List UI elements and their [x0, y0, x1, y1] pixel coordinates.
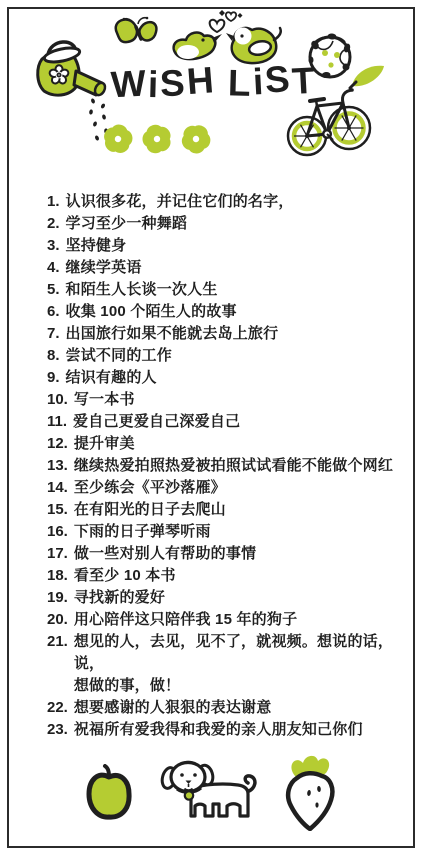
- page-title: WiSH LiST: [111, 60, 317, 106]
- item-number: 15.: [47, 499, 68, 521]
- item-text: 想要感谢的人狠狠的表达谢意: [74, 697, 272, 719]
- item-text: 学习至少一种舞蹈: [66, 213, 188, 235]
- list-item: 8.尝试不同的工作: [47, 345, 409, 367]
- list-item: 7.出国旅行如果不能就去岛上旅行: [47, 323, 409, 345]
- item-number: 11.: [47, 411, 67, 433]
- list-item: 1.认识很多花，并记住它们的名字，: [47, 191, 409, 213]
- list-item: 19.寻找新的爱好: [47, 587, 409, 609]
- puppy-icon: [158, 758, 258, 826]
- item-number: 13.: [47, 455, 68, 477]
- item-text: 看至少 10 本书: [74, 565, 176, 587]
- list-item: 17.做一些对别人有帮助的事情: [47, 543, 409, 565]
- item-number: 9.: [47, 367, 60, 389]
- item-text: 继续学英语: [66, 257, 142, 279]
- item-text: 在有阳光的日子去爬山: [74, 499, 226, 521]
- list-item: 23.祝福所有爱我得和我爱的亲人朋友知己你们: [47, 719, 409, 741]
- strawberry-icon: [284, 753, 336, 831]
- item-text: 用心陪伴这只陪伴我 15 年的狗子: [74, 609, 297, 631]
- item-text: 寻找新的爱好: [74, 587, 165, 609]
- item-number: 16.: [47, 521, 68, 543]
- item-text: 至少练会《平沙落雁》: [74, 477, 226, 499]
- item-text: 下雨的日子弹琴听雨: [74, 521, 211, 543]
- item-text: 收集 100 个陌生人的故事: [66, 301, 237, 323]
- item-number: 8.: [47, 345, 60, 367]
- list-item: 2.学习至少一种舞蹈: [47, 213, 409, 235]
- item-number: 21.: [47, 631, 68, 653]
- list-item: 12.提升审美: [47, 433, 409, 455]
- item-number: 12.: [47, 433, 68, 455]
- watering-can-icon: [30, 37, 110, 103]
- item-text: 做一些对别人有帮助的事情: [74, 543, 256, 565]
- item-text: 继续热爱拍照热爱被拍照试试看能不能做个网红: [74, 455, 393, 477]
- list-item: 14.至少练会《平沙落雁》: [47, 477, 409, 499]
- item-number: 20.: [47, 609, 68, 631]
- item-number: 4.: [47, 257, 60, 279]
- item-number: 22.: [47, 697, 68, 719]
- item-number: 17.: [47, 543, 68, 565]
- item-number: 7.: [47, 323, 60, 345]
- item-text: 爱自己更爱自己深爱自己: [73, 411, 240, 433]
- footer-decorations: [0, 753, 422, 831]
- item-text: 认识很多花，并记住它们的名字，: [66, 191, 294, 213]
- list-item: 10.写一本书: [47, 389, 409, 411]
- item-text: 出国旅行如果不能就去岛上旅行: [66, 323, 279, 345]
- item-number: 23.: [47, 719, 68, 741]
- item-number: 1.: [47, 191, 60, 213]
- item-number: 3.: [47, 235, 60, 257]
- item-text: 尝试不同的工作: [66, 345, 172, 367]
- list-item: 4.继续学英语: [47, 257, 409, 279]
- item-text: 结识有趣的人: [66, 367, 157, 389]
- item-text: 和陌生人长谈一次人生: [66, 279, 218, 301]
- hearts-icon: [210, 10, 243, 32]
- list-item: 16.下雨的日子弹琴听雨: [47, 521, 409, 543]
- item-number: 18.: [47, 565, 68, 587]
- item-number: 14.: [47, 477, 68, 499]
- item-number: 10.: [47, 389, 68, 411]
- apple-icon: [86, 764, 132, 820]
- list-item: 13.继续热爱拍照热爱被拍照试试看能不能做个网红: [47, 455, 409, 477]
- list-item: 15.在有阳光的日子去爬山: [47, 499, 409, 521]
- item-text: 写一本书: [74, 389, 135, 411]
- item-number: 2.: [47, 213, 60, 235]
- list-item: 18.看至少 10 本书: [47, 565, 409, 587]
- item-number: 19.: [47, 587, 68, 609]
- item-text: 提升审美: [74, 433, 135, 455]
- flowers-icon: [100, 119, 214, 159]
- item-number: 5.: [47, 279, 60, 301]
- item-text: 坚持健身: [66, 235, 127, 257]
- butterfly-icon: [112, 16, 160, 60]
- item-text: 想见的人，去见，见不了，就视频。想说的话，说， 想做的事，做！: [74, 631, 409, 697]
- item-text: 祝福所有爱我得和我爱的亲人朋友知己你们: [74, 719, 363, 741]
- list-item: 11.爱自己更爱自己深爱自己: [47, 411, 409, 433]
- wishlist-poster: WiSH LiST 1.认识很多花，并记住它们的名字，2.学习: [0, 0, 422, 855]
- list-item: 20.用心陪伴这只陪伴我 15 年的狗子: [47, 609, 409, 631]
- list-item: 5.和陌生人长谈一次人生: [47, 279, 409, 301]
- item-number: 6.: [47, 301, 60, 323]
- list-item: 9.结识有趣的人: [47, 367, 409, 389]
- list-item: 3.坚持健身: [47, 235, 409, 257]
- wish-list: 1.认识很多花，并记住它们的名字，2.学习至少一种舞蹈3.坚持健身4.继续学英语…: [47, 191, 409, 741]
- list-item: 22.想要感谢的人狠狠的表达谢意: [47, 697, 409, 719]
- list-item: 21.想见的人，去见，见不了，就视频。想说的话，说， 想做的事，做！: [47, 631, 409, 697]
- list-item: 6.收集 100 个陌生人的故事: [47, 301, 409, 323]
